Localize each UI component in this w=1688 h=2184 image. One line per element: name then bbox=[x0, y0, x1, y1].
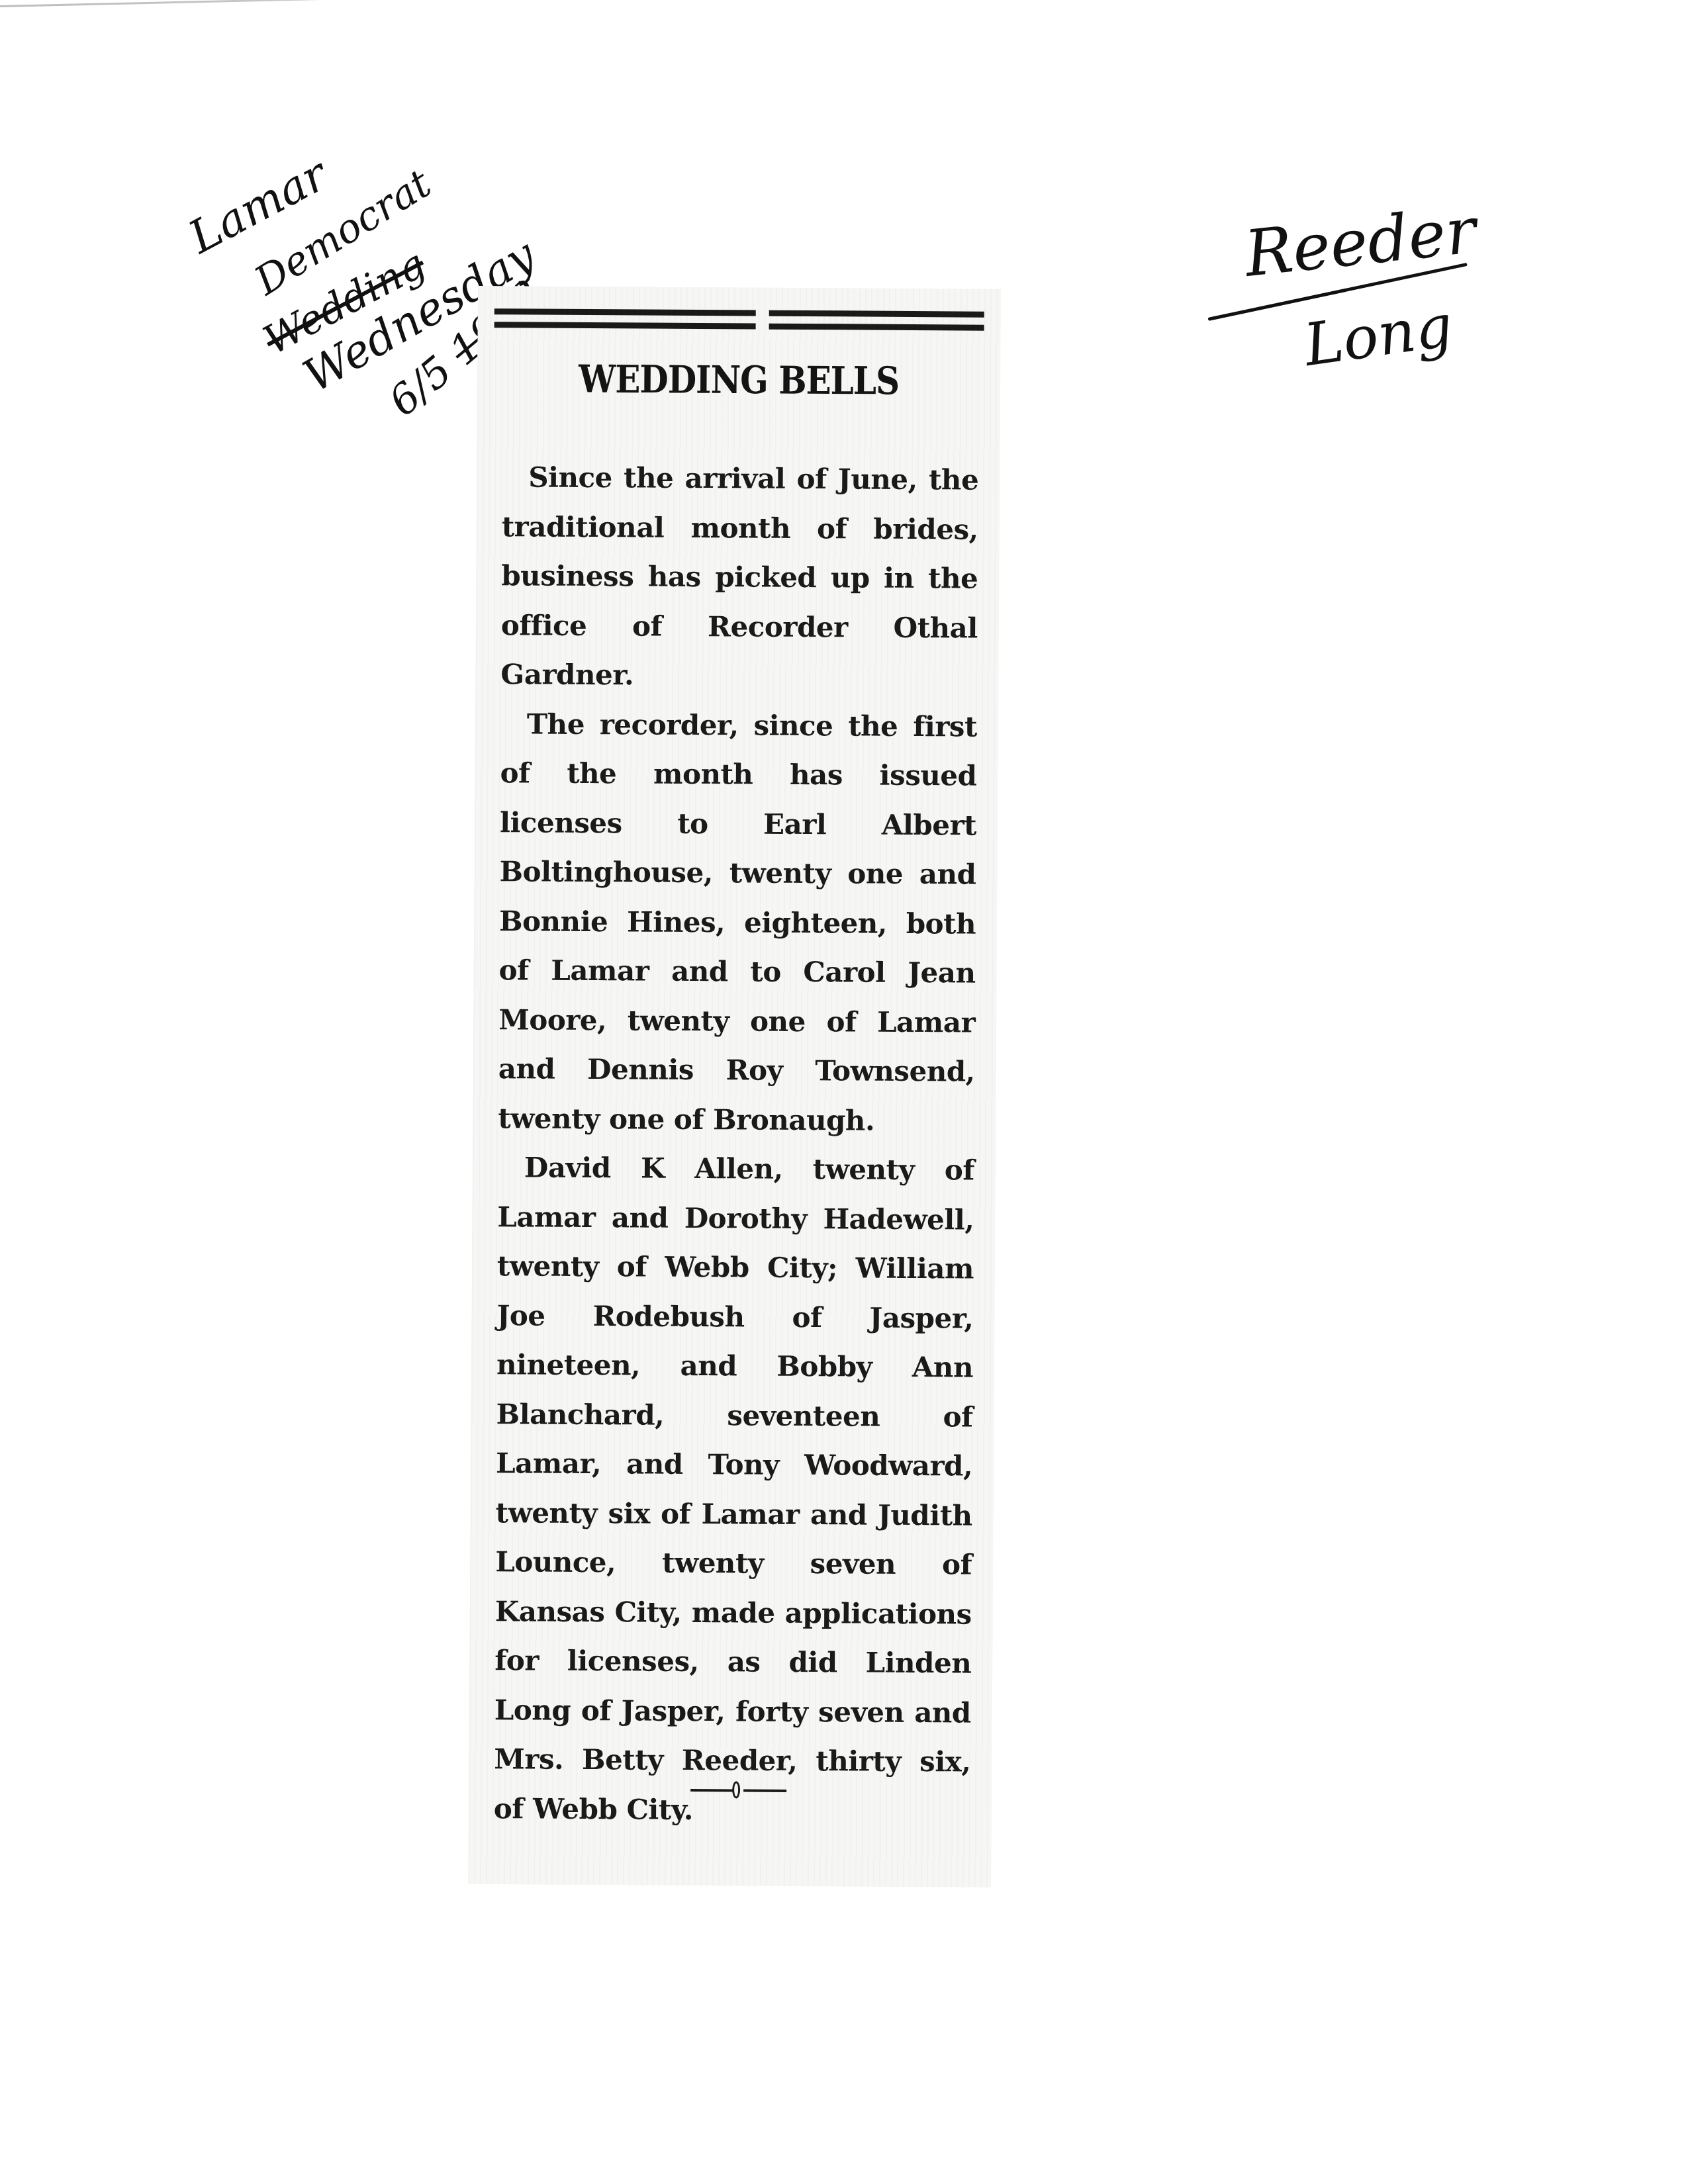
end-of-article-separator bbox=[690, 1780, 786, 1800]
handwritten-surnames-note: Reeder Long bbox=[1205, 192, 1509, 390]
newspaper-clipping: WEDDING BELLS Since the arrival of June,… bbox=[468, 286, 1001, 1888]
handwritten-surname-reeder: Reeder bbox=[1241, 193, 1479, 291]
article-paragraph: The recorder, since the first of the mon… bbox=[498, 700, 977, 1146]
headline-double-rules bbox=[494, 306, 984, 336]
rule-group-left bbox=[494, 306, 756, 334]
article-paragraph: David K Allen, twenty of Lamar and Dorot… bbox=[494, 1143, 974, 1836]
article-body: Since the arrival of June, the tradition… bbox=[494, 453, 979, 1836]
article-headline: WEDDING BELLS bbox=[477, 356, 1000, 404]
rule-group-right bbox=[769, 308, 984, 336]
separator-oval-icon bbox=[732, 1781, 740, 1798]
handwritten-surname-long: Long bbox=[1300, 291, 1457, 379]
scan-edge-line bbox=[0, 0, 510, 7]
article-paragraph: Since the arrival of June, the tradition… bbox=[500, 453, 978, 702]
